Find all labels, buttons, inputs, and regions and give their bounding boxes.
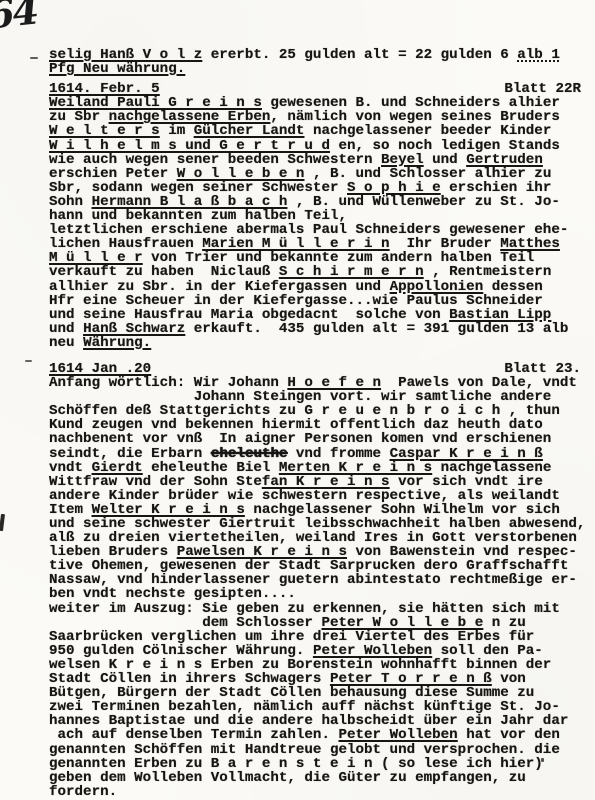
dotted-underlined-text: alb 1 [517, 47, 560, 63]
handwritten-page-number: 64 [0, 0, 39, 37]
text-line: fordern. [49, 785, 581, 799]
text-line: neu Währung. [49, 336, 581, 350]
text-line: wie auch wegen sener beeden Schwestern B… [49, 153, 581, 167]
underlined-text: Pfg Neu währung. [49, 61, 185, 77]
text-segment: ererbt. 25 gulden alt = 22 gulden 6 [202, 47, 517, 63]
text-line: Pfg Neu währung. [49, 62, 581, 76]
text-line: und seine schwester Giertruit leibsschwa… [49, 517, 581, 531]
text-segment: erkauft. 435 gulden alt = 391 gulden 13 … [185, 321, 568, 337]
text-segment: geben dem Wolleben Vollmacht, die Güter … [49, 770, 526, 786]
text-line: hann und bekannten zum halben Teil, [49, 209, 581, 223]
text-line: weiter im Auszug: Sie geben zu erkennen,… [49, 602, 581, 616]
underlined-text: Währung. [83, 335, 151, 351]
text-line: Sohn Hermann B l a ß b a c h , B. und Wü… [49, 195, 581, 209]
text-line: genannten Schöffen mit Handtreue gelobt … [49, 743, 581, 757]
text-line: ben vndt nechste gesipten.... [49, 587, 581, 601]
text-line: ach auf denselben Termin zahlen. Peter W… [49, 728, 581, 742]
text-line: Wittfraw vnd der Sohn Stefan K r e i n s… [49, 475, 581, 489]
text-segment: fordern. [49, 784, 117, 800]
text-line: welsen K r e i n s Erben zu Borenstein w… [49, 658, 581, 672]
text-line: Saarbrücken verglichen um ihre drei Vier… [49, 630, 581, 644]
text-line: andere Kinder brüder wie schwestern resp… [49, 489, 581, 503]
text-line: W e l t e r s im Gülcher Landt nachgelas… [49, 124, 581, 138]
text-line: und seine Hausfrau Maria obgedacnt solch… [49, 308, 581, 322]
ink-dash-mark [30, 57, 38, 59]
text-line: allhier zu Sbr. in der Kiefergassen und … [49, 280, 581, 294]
text-line: nachbenent vor vnß In aigner Personen ko… [49, 432, 581, 446]
text-line: W i l h e l m s und G e r t r u d en, so… [49, 139, 581, 153]
text-line: vndt Gierdt eheleuthe Biel Merten K r e … [49, 461, 581, 475]
text-line: Hfr eine Scheuer in der Kiefergasse...wi… [49, 294, 581, 308]
text-segment: neu [49, 335, 83, 351]
text-line: und Hanß Schwarz erkauft. 435 gulden alt… [49, 322, 581, 336]
text-line: Blatt 23.1614 Jan .20 [49, 362, 581, 376]
scanned-document-page: 64 selig Hanß V o l z ererbt. 25 gulden … [0, 0, 595, 800]
text-line: erschien Peter W o l l e b e n , B. und … [49, 167, 581, 181]
document-lines: selig Hanß V o l z ererbt. 25 gulden alt… [49, 48, 581, 799]
text-line: verkauft zu haben Niclauß S c h i r m e … [49, 265, 581, 279]
sheet-ref-label: Blatt 23. [504, 362, 581, 376]
text-line: seindt, die Erbarn eheleuthe vnd fromme … [49, 447, 581, 461]
text-line: 950 gulden Cölnischer Währung. Peter Wol… [49, 644, 581, 658]
text-line: genannten Erben zu B a r e n s t e i n (… [49, 757, 581, 771]
text-line: Stadt Cöllen in ihrers Schwagers Peter T… [49, 672, 581, 686]
text-line: Sbr, sodann wegen seiner Schwester S o p… [49, 181, 581, 195]
text-line: Item Welter K r e i n s nachgelassener S… [49, 503, 581, 517]
text-line: geben dem Wolleben Vollmacht, die Güter … [49, 771, 581, 785]
ink-speck [541, 758, 544, 762]
text-line: dem Schlosser Peter W o l l e b e n zu [49, 616, 581, 630]
text-line: selig Hanß V o l z ererbt. 25 gulden alt… [49, 48, 581, 62]
margin-ink-stroke [0, 514, 5, 531]
ink-dash-mark [25, 360, 32, 362]
